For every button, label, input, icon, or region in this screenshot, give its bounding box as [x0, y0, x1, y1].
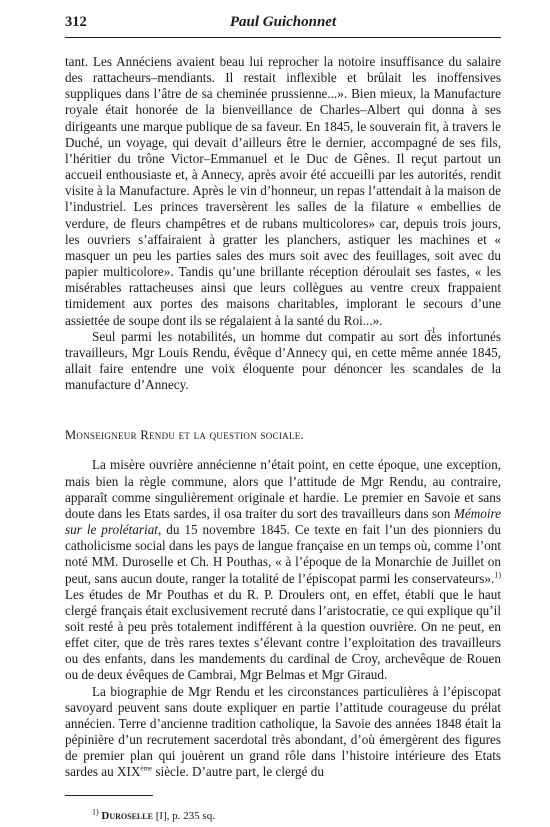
footnote-reference[interactable]: 1): [494, 570, 501, 579]
paragraph-1: tant. Les Annéciens avaient beau lui rep…: [65, 54, 501, 329]
footnote-1: 1) Duroselle [I], p. 235 sq.: [92, 810, 501, 822]
paragraph-4: La biographie de Mgr Rendu et les circon…: [65, 684, 501, 781]
paragraph-3-text-a: La misère ouvrière annécienne n’était po…: [65, 457, 501, 520]
paragraph-4-text-b: siècle. D’autre part, le clergé du: [152, 764, 324, 779]
footnote-rule: [65, 795, 153, 796]
ordinal-superscript: ème: [140, 765, 152, 773]
footnote-author: Duroselle: [101, 810, 153, 822]
paragraph-2: Seul parmi les notabilités, un homme dut…: [65, 329, 501, 394]
document-page: 312 Paul Guichonnet tant. Les Annéciens …: [65, 12, 501, 822]
running-head: 312 Paul Guichonnet: [65, 12, 501, 34]
header-rule: [65, 37, 501, 38]
paragraph-3-text-c: Les études de Mr Pouthas et du R. P. Dro…: [65, 587, 501, 683]
footnote-reference-text: [I], p. 235 sq.: [153, 810, 215, 822]
running-title: Paul Guichonnet: [65, 14, 501, 31]
body-text: tant. Les Annéciens avaient beau lui rep…: [65, 54, 501, 781]
footnote-marker: 1): [92, 807, 99, 816]
paragraph-3: La misère ouvrière annécienne n’était po…: [65, 457, 501, 683]
stray-print-mark: –ı: [427, 325, 435, 336]
section-heading: Monseigneur Rendu et la question sociale…: [65, 427, 501, 443]
